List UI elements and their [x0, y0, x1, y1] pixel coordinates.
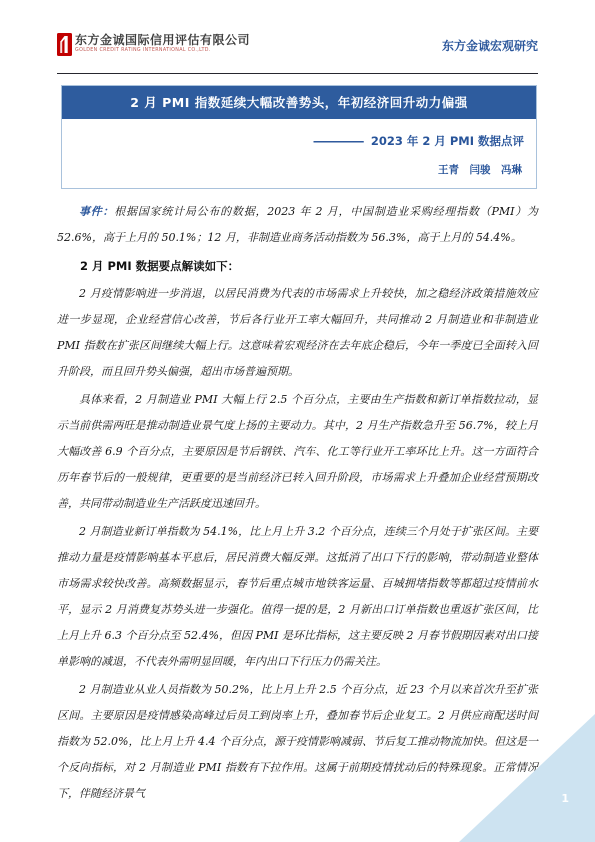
- header-divider: [57, 73, 538, 74]
- report-subtitle-row: —————2023 年 2 月 PMI 数据点评: [62, 119, 536, 149]
- authors: 王青 闫骏 冯琳: [62, 149, 536, 177]
- company-name-block: 东方金诚国际信用评估有限公司 GOLDEN CREDIT RATING INTE…: [75, 33, 250, 53]
- section-heading: 2 月 PMI 数据要点解读如下：: [57, 253, 538, 279]
- report-title: 2 月 PMI 指数延续大幅改善势头，年初经济回升动力偏强: [62, 86, 536, 119]
- company-logo-icon: [57, 33, 72, 56]
- report-body: 事件：根据国家统计局公布的数据，2023 年 2 月，中国制造业采购经理指数（P…: [57, 199, 538, 809]
- report-subtitle: 2023 年 2 月 PMI 数据点评: [371, 134, 524, 148]
- company-name: 东方金诚国际信用评估有限公司: [75, 33, 250, 47]
- event-label: 事件：: [79, 205, 114, 218]
- event-paragraph: 事件：根据国家统计局公布的数据，2023 年 2 月，中国制造业采购经理指数（P…: [57, 199, 538, 251]
- title-block: 2 月 PMI 指数延续大幅改善势头，年初经济回升动力偏强 —————2023 …: [61, 85, 537, 189]
- page-number: 1: [561, 792, 569, 805]
- body-paragraph-2: 具体来看，2 月制造业 PMI 大幅上行 2.5 个百分点，主要由生产指数和新订…: [57, 387, 538, 517]
- document-page: 东方金诚国际信用评估有限公司 GOLDEN CREDIT RATING INTE…: [0, 0, 595, 842]
- report-series-label: 东方金诚宏观研究: [442, 37, 538, 56]
- body-paragraph-1: 2 月疫情影响进一步消退，以居民消费为代表的市场需求上升较快，加之稳经济政策措施…: [57, 281, 538, 385]
- company-name-english: GOLDEN CREDIT RATING INTERNATIONAL CO.,L…: [75, 48, 250, 53]
- body-paragraph-3: 2 月制造业新订单指数为 54.1%，比上月上升 3.2 个百分点，连续三个月处…: [57, 519, 538, 675]
- page-header: 东方金诚国际信用评估有限公司 GOLDEN CREDIT RATING INTE…: [57, 33, 538, 56]
- body-paragraph-4: 2 月制造业从业人员指数为 50.2%，比上月上升 2.5 个百分点，近 23 …: [57, 677, 538, 807]
- subtitle-dash: —————: [313, 134, 363, 148]
- company-logo: 东方金诚国际信用评估有限公司 GOLDEN CREDIT RATING INTE…: [57, 33, 250, 56]
- event-text: 根据国家统计局公布的数据，2023 年 2 月，中国制造业采购经理指数（PMI）…: [57, 205, 538, 244]
